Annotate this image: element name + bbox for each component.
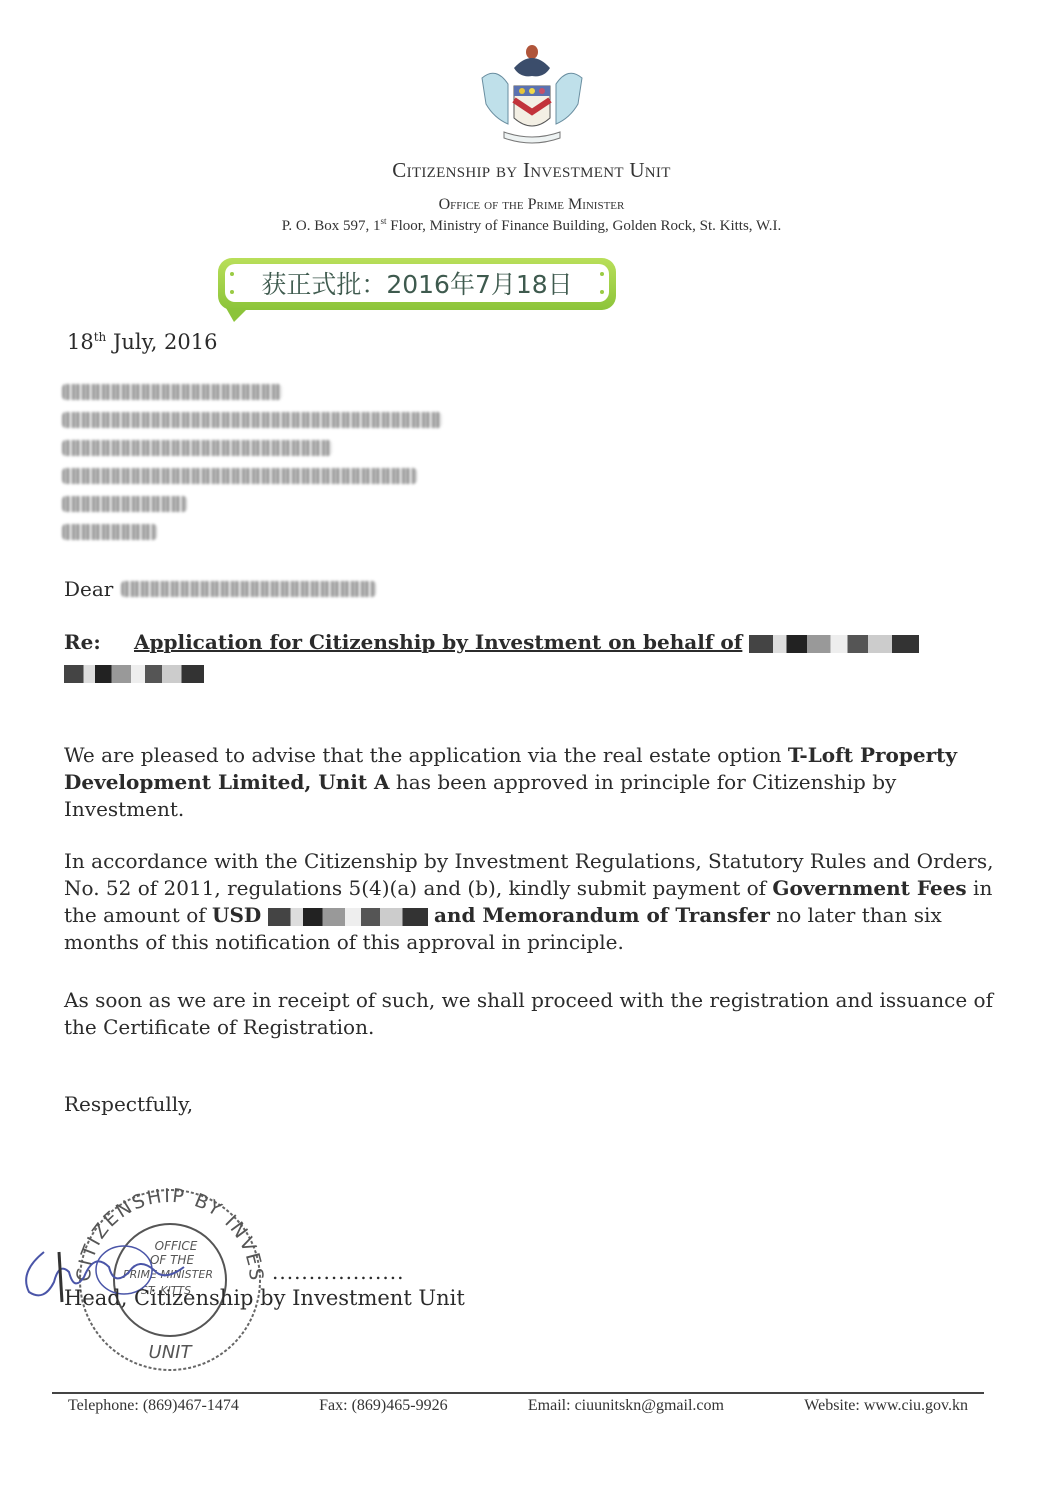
svg-text:UNIT: UNIT (149, 1342, 194, 1363)
footer-telephone: Telephone: (869)467-1474 (68, 1397, 239, 1415)
letter-date: 18th July, 2016 (67, 330, 218, 354)
paragraph-approval: We are pleased to advise that the applic… (64, 742, 1004, 823)
redacted-amount (268, 908, 428, 926)
paragraph-payment: In accordance with the Citizenship by In… (64, 848, 1004, 956)
redacted-name (121, 581, 376, 597)
office-name: Office of the Prime Minister (0, 196, 1063, 214)
approval-date-annotation: 获正式批：2016年7月18日 (218, 258, 616, 310)
footer-email: Email: ciuunitskn@gmail.com (528, 1397, 724, 1415)
coat-of-arms-icon (474, 38, 590, 150)
paragraph-registration: As soon as we are in receipt of such, we… (64, 987, 1004, 1041)
recipient-address-redacted (62, 384, 462, 552)
footer-divider (52, 1392, 984, 1394)
signatory-title: Head, Citizenship by Investment Unit (64, 1286, 465, 1310)
annotation-text: 获正式批：2016年7月18日 (261, 265, 572, 301)
subject-line-continued (64, 660, 204, 684)
salutation: Dear (64, 577, 376, 601)
closing: Respectfully, (64, 1092, 193, 1116)
bubble-tail (226, 308, 248, 322)
signature-line: .................. (272, 1260, 404, 1284)
footer: Telephone: (869)467-1474 Fax: (869)465-9… (68, 1397, 968, 1415)
redacted-applicant-2 (64, 665, 204, 683)
organization-name: Citizenship by Investment Unit (0, 158, 1063, 183)
footer-fax: Fax: (869)465-9926 (319, 1397, 447, 1415)
footer-website: Website: www.ciu.gov.kn (804, 1397, 968, 1415)
subject-line: Re:Application for Citizenship by Invest… (64, 630, 984, 654)
address: P. O. Box 597, 1st Floor, Ministry of Fi… (0, 216, 1063, 235)
redacted-applicant (749, 635, 919, 653)
